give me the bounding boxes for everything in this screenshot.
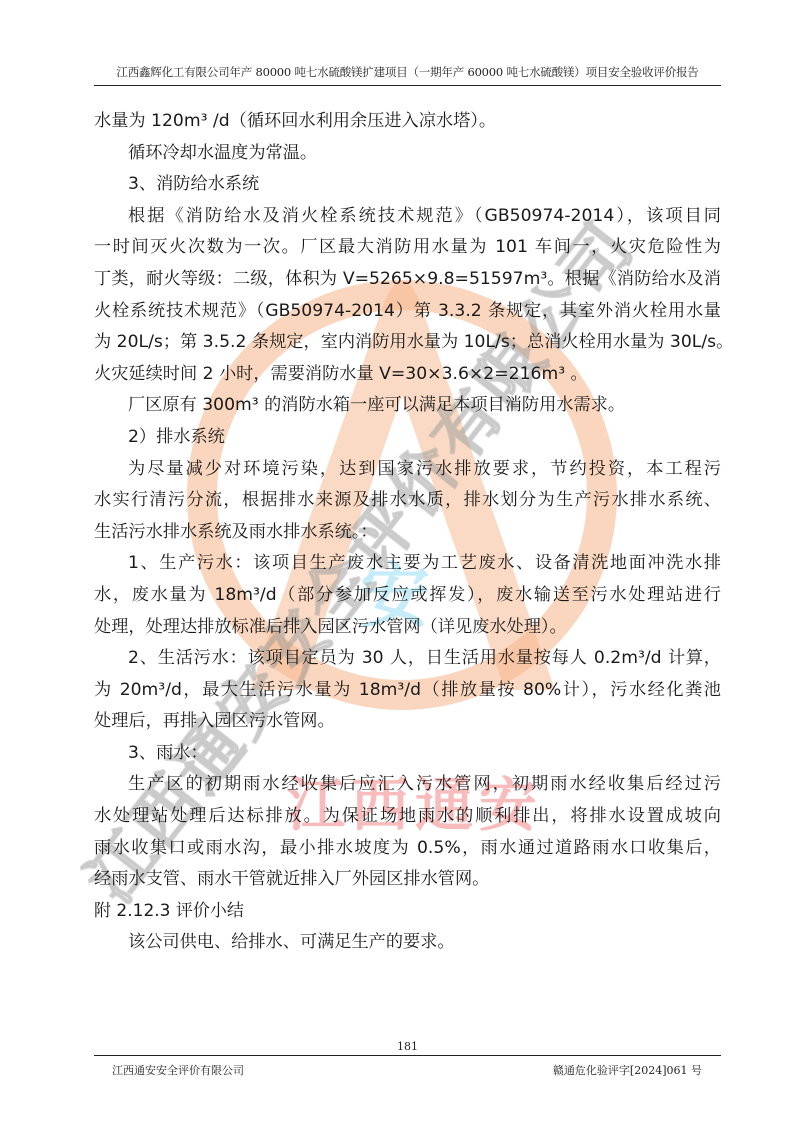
footer-doc-number: 赣通危化验评字[2024]061 号 — [553, 1062, 702, 1078]
paragraph-line: 水实行清污分流，根据排水来源及排水水质，排水划分为生产污水排水系统、 — [94, 485, 721, 517]
document-page: 安 江西通安安全评价有限公司 江西通安 江西鑫辉化工有限公司年产 80000 吨… — [0, 0, 794, 1123]
paragraph-line: 处理，处理达排放标准后排入园区污水管网（详见废水处理）。 — [94, 612, 721, 644]
paragraph-line: 丁类，耐火等级：二级，体积为 V=5265×9.8=51597m³。根据《消防给… — [94, 264, 721, 296]
paragraph-line: 该公司供电、给排水、可满足生产的要求。 — [94, 927, 721, 959]
paragraph-line: 厂区原有 300m³ 的消防水箱一座可以满足本项目消防用水需求。 — [94, 390, 721, 422]
paragraph-line: 经雨水支管、雨水干管就近排入厂外园区排水管网。 — [94, 864, 721, 896]
paragraph-line: 2、生活污水：该项目定员为 30 人，日生活用水量按每人 0.2m³/d 计算， — [94, 643, 721, 675]
running-header: 江西鑫辉化工有限公司年产 80000 吨七水硫酸镁扩建项目（一期年产 60000… — [94, 64, 721, 80]
paragraph-line: 一时间灭火次数为一次。厂区最大消防用水量为 101 车间一，火灾危险性为 — [94, 232, 721, 264]
paragraph-line: 循环冷却水温度为常温。 — [94, 138, 721, 170]
paragraph-line: 雨水收集口或雨水沟，最小排水坡度为 0.5%，雨水通过道路雨水口收集后， — [94, 833, 721, 865]
section-heading-drainage: 2）排水系统 — [94, 422, 721, 454]
paragraph-line: 水，废水量为 18m³/d（部分参加反应或挥发），废水输送至污水处理站进行 — [94, 580, 721, 612]
paragraph-line: 火灾延续时间 2 小时，需要消防水量 V=30×3.6×2=216m³ 。 — [94, 359, 721, 391]
header-divider — [94, 85, 721, 86]
paragraph-line: 为尽量减少对环境污染，达到国家污水排放要求，节约投资，本工程污 — [94, 454, 721, 486]
section-heading-summary: 附 2.12.3 评价小结 — [94, 896, 721, 928]
section-heading-fire-water: 3、消防给水系统 — [94, 169, 721, 201]
paragraph-line: 为 20L/s；第 3.5.2 条规定，室内消防用水量为 10L/s；总消火栓用… — [94, 327, 721, 359]
paragraph-line: 为 20m³/d，最大生活污水量为 18m³/d（排放量按 80%计），污水经化… — [94, 675, 721, 707]
footer-company: 江西通安安全评价有限公司 — [112, 1062, 244, 1078]
paragraph-line: 生产区的初期雨水经收集后应汇入污水管网，初期雨水经收集后经过污 — [94, 769, 721, 801]
footer-divider — [94, 1055, 721, 1056]
paragraph-line: 生活污水排水系统及雨水排水系统。： — [94, 517, 721, 549]
paragraph-line: 根据《消防给水及消火栓系统技术规范》（GB50974-2014），该项目同 — [94, 201, 721, 233]
paragraph-line: 火栓系统技术规范》（GB50974-2014）第 3.3.2 条规定，其室外消火… — [94, 296, 721, 328]
paragraph-line: 水量为 120m³ /d（循环回水利用余压进入凉水塔）。 — [94, 106, 721, 138]
paragraph-line: 处理后，再排入园区污水管网。 — [94, 706, 721, 738]
page-number: 181 — [94, 1040, 721, 1053]
section-heading-rainwater: 3、雨水： — [94, 738, 721, 770]
paragraph-line: 水处理站处理后达标排放。为保证场地雨水的顺利排出，将排水设置成坡向 — [94, 801, 721, 833]
paragraph-line: 1、生产污水：该项目生产废水主要为工艺废水、设备清洗地面冲洗水排 — [94, 548, 721, 580]
report-body: 水量为 120m³ /d（循环回水利用余压进入凉水塔）。 循环冷却水温度为常温。… — [94, 106, 721, 959]
